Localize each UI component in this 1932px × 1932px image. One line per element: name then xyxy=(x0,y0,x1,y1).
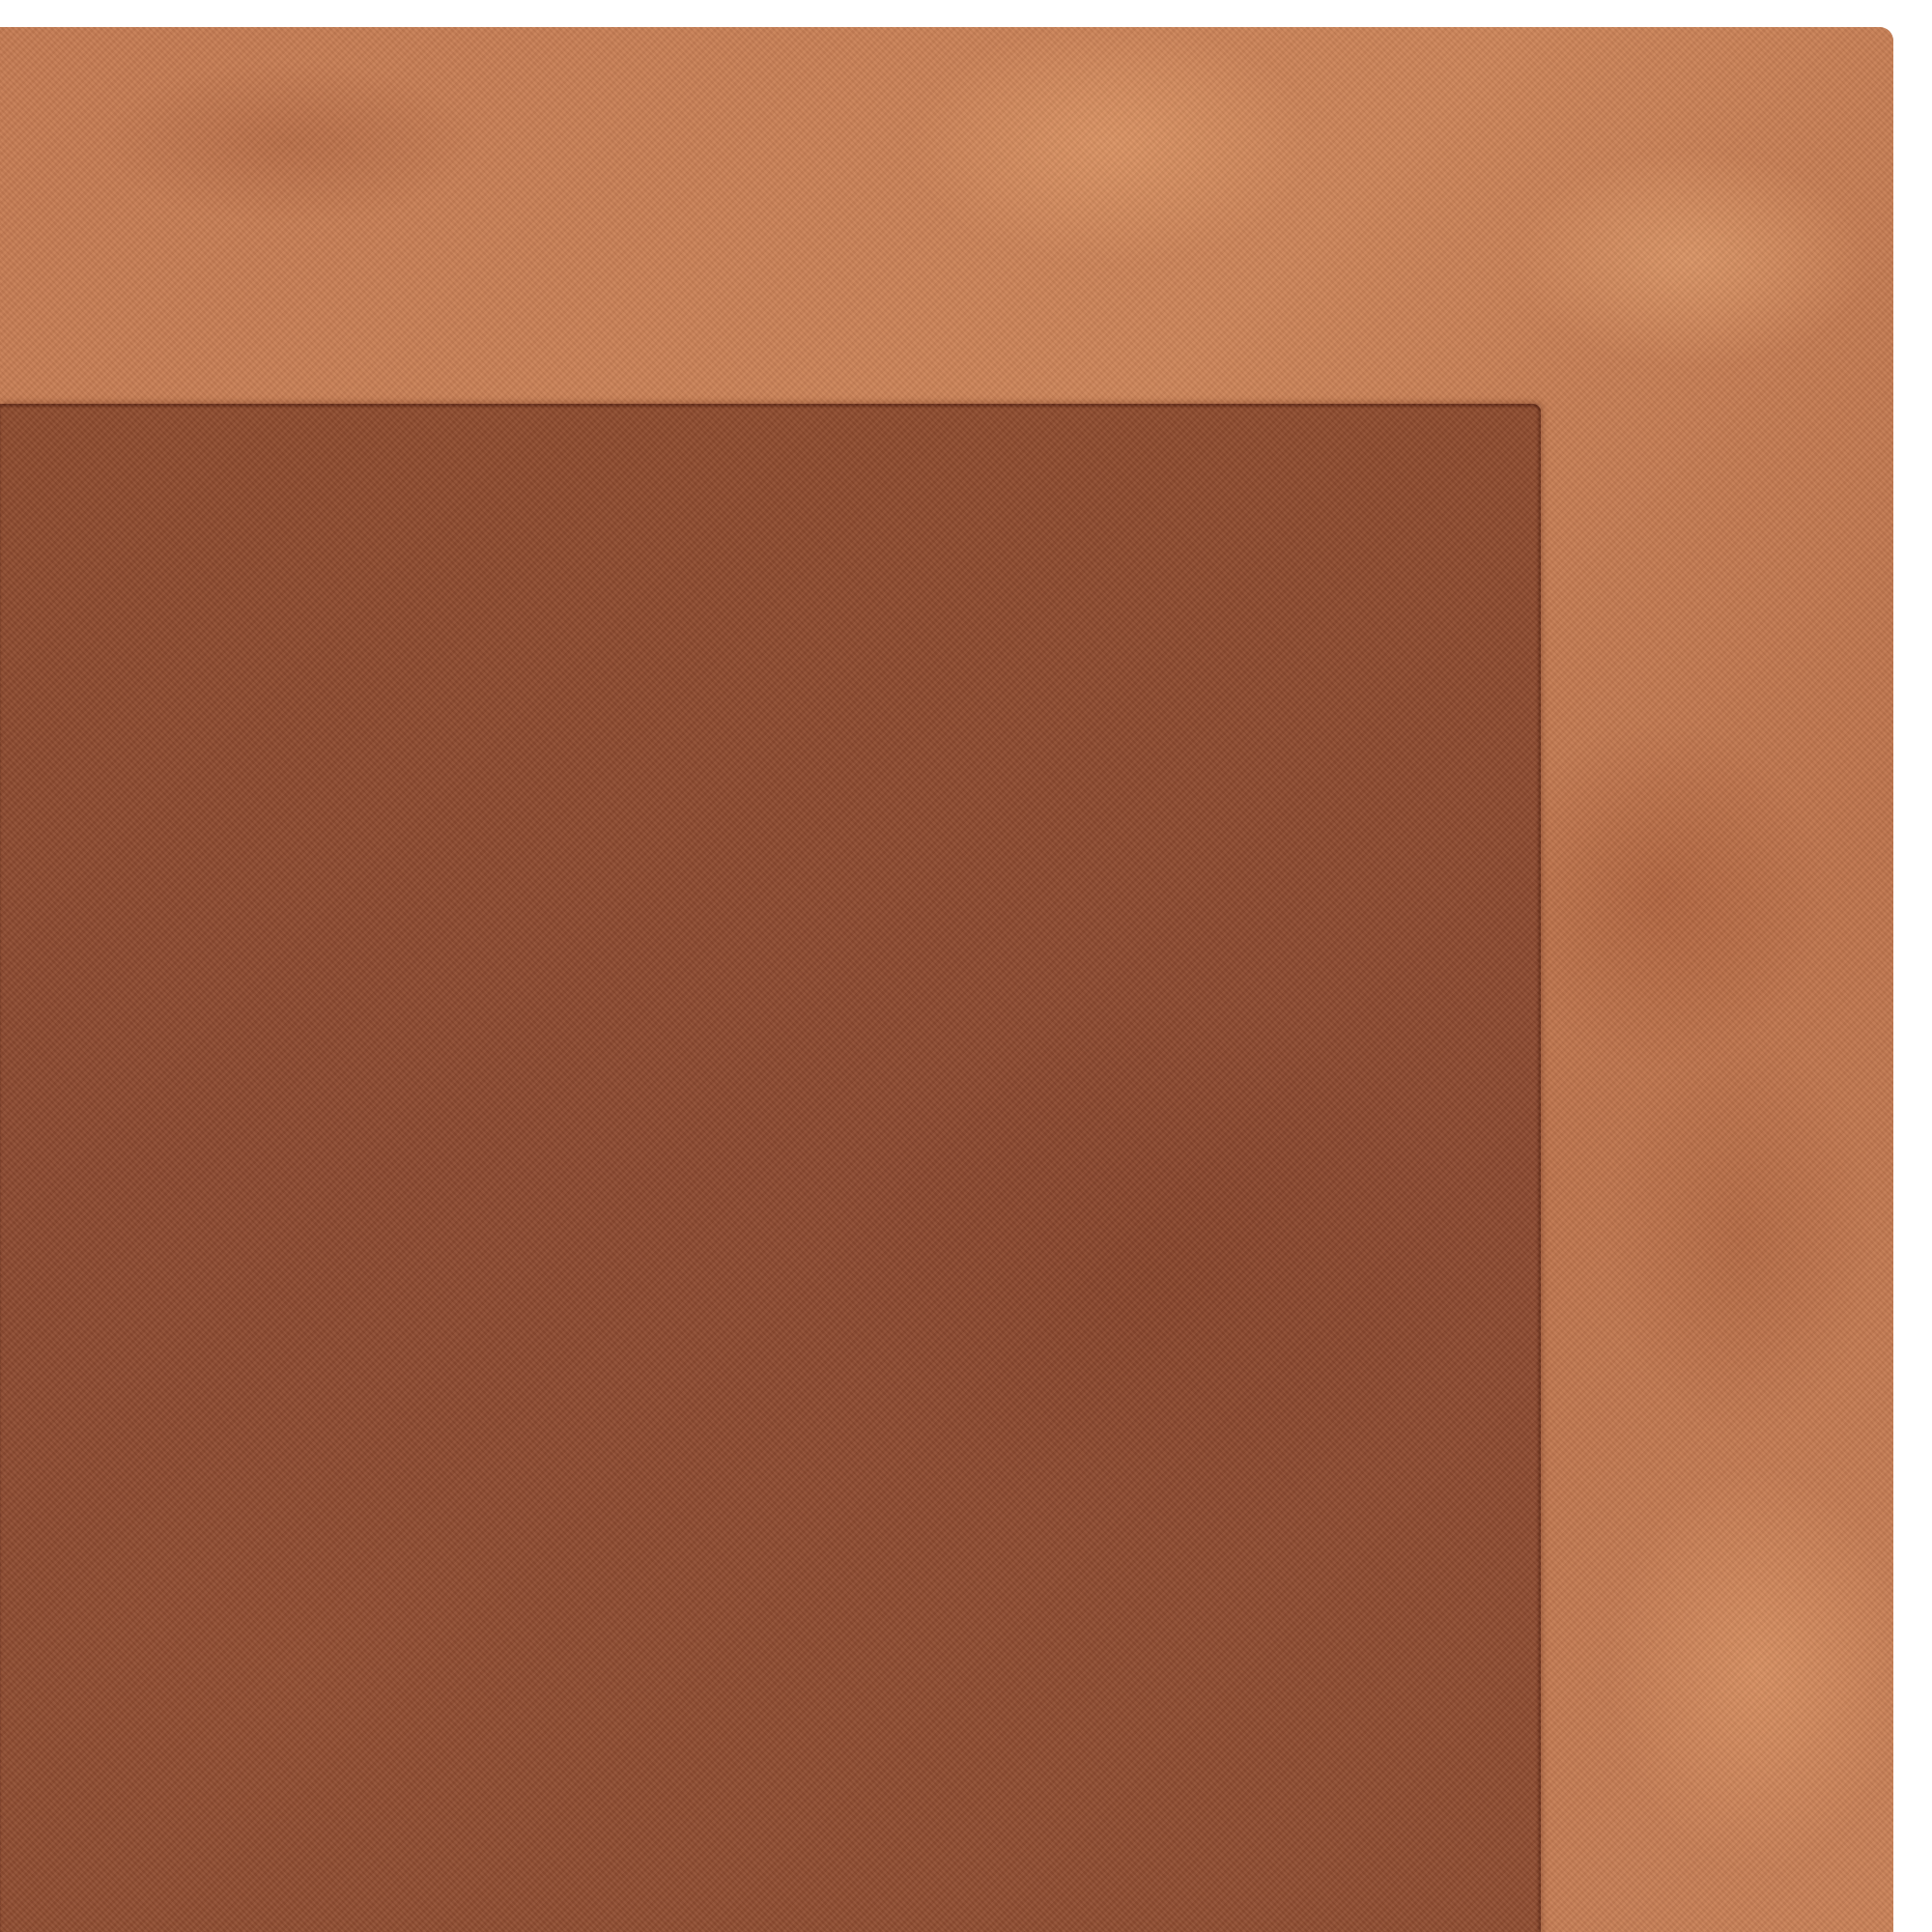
rug-center-texture xyxy=(0,404,1541,1932)
rug xyxy=(0,27,1893,1932)
image-description: Top-right corner of a rectangular rug wi… xyxy=(0,0,1,1)
rug-center-panel xyxy=(0,404,1541,1932)
